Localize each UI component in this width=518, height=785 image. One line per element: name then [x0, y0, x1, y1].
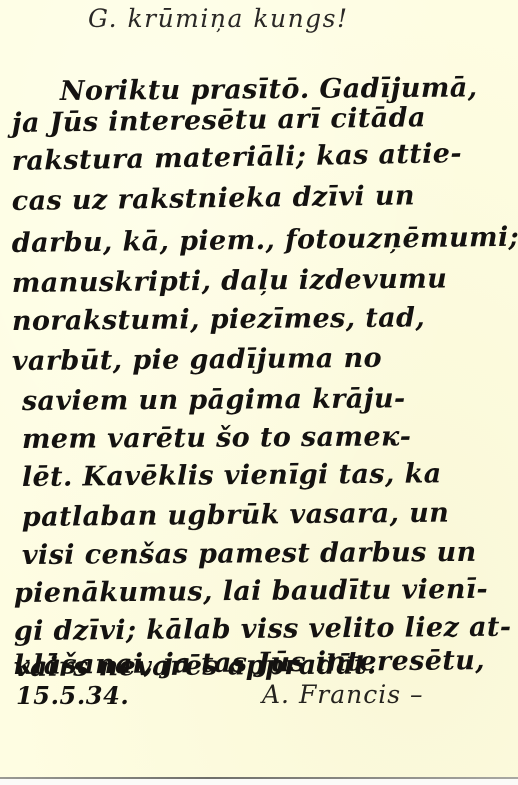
body-line: cas uz rakstnieka dzīvi un: [12, 180, 416, 217]
body-line: saviem un pāgima krāju-: [22, 383, 406, 417]
body-line: manuskripti, daļu izdevumu: [12, 263, 448, 299]
body-line: rakstura materiāli; kas attie-: [11, 138, 462, 177]
body-line: varbūt, pie gadījuma no: [12, 343, 382, 377]
date: 15.5.34.: [16, 681, 129, 710]
body-line: visi cenšas pamest darbus un: [22, 537, 477, 571]
body-line: patlaban ugbrūk vasara, un: [22, 498, 450, 533]
signature: A. Francis –: [262, 680, 424, 709]
salutation: G. krūmiņa kungs!: [88, 4, 349, 33]
body-line: mem varētu šo to sameк-: [22, 421, 412, 455]
body-line: ja Jūs interesētu arī citāda: [12, 102, 427, 139]
body-line-last: vairs nevarēs appradāt.: [14, 649, 377, 683]
body-line: norakstumi, piezīmes, tad,: [12, 302, 426, 337]
body-line: lēt. Kavēklis vienīgi tas, ka: [22, 458, 442, 493]
body-line: darbu, kā, piem., fotouzņēmumi;: [12, 222, 518, 259]
letter-card: G. krūmiņa kungs! Noriktu prasītō. Gadīj…: [0, 0, 518, 777]
body-line: pienākumus, lai baudītu vienī-: [14, 574, 489, 609]
background-below-card: [0, 779, 518, 785]
body-line: gi dzīvi; kālab viss velito liez at-: [14, 612, 512, 647]
